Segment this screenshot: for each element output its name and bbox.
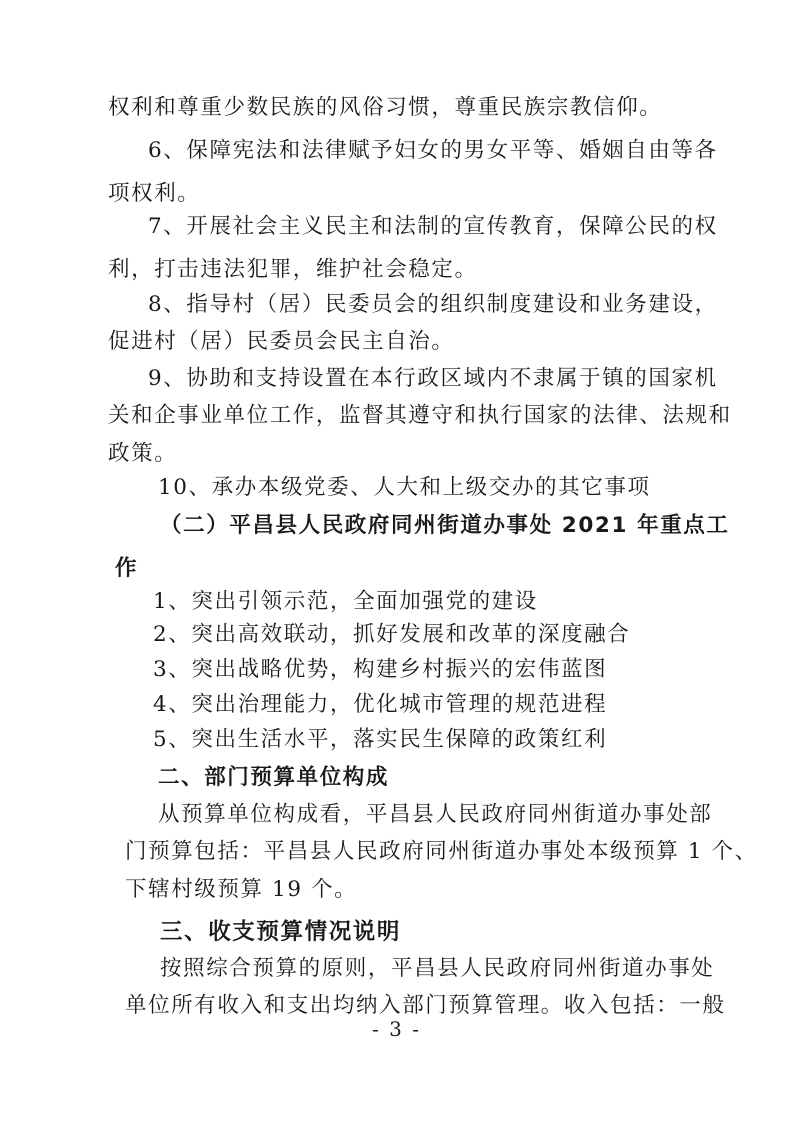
list-item-9: 9、协助和支持设置在本行政区域内不隶属于镇的国家机 bbox=[148, 365, 718, 393]
priority-item-2: 2、突出高效联动，抓好发展和改革的深度融合 bbox=[153, 621, 630, 649]
paragraph-line: 政策。 bbox=[108, 440, 177, 468]
paragraph-line: 关和企事业单位工作，监督其遵守和执行国家的法律、法规和 bbox=[108, 402, 732, 430]
list-item-8: 8、指导村（居）民委员会的组织制度建设和业务建设， bbox=[148, 291, 718, 319]
list-item-6: 6、保障宪法和法律赋予妇女的男女平等、婚姻自由等各 bbox=[148, 137, 718, 165]
priority-item-3: 3、突出战略优势，构建乡村振兴的宏伟蓝图 bbox=[153, 656, 607, 684]
paragraph-line: 单位所有收入和支出均纳入部门预算管理。收入包括：一般 bbox=[125, 992, 726, 1020]
paragraph-line: 按照综合预算的原则，平昌县人民政府同州街道办事处 bbox=[160, 955, 714, 983]
section-heading-continuation: 作 bbox=[115, 555, 138, 583]
paragraph-line: 项权利。 bbox=[108, 180, 200, 208]
page-number: - 3 - bbox=[0, 1017, 793, 1041]
paragraph-line: 门预算包括：平昌县人民政府同州街道办事处本级预算 1 个、 bbox=[125, 838, 758, 866]
priority-item-1: 1、突出引领示范，全面加强党的建设 bbox=[153, 588, 538, 616]
list-item-10: 10、承办本级党委、人大和上级交办的其它事项 bbox=[158, 474, 651, 502]
paragraph-line: 下辖村级预算 19 个。 bbox=[125, 876, 357, 904]
list-item-7: 7、开展社会主义民主和法制的宣传教育，保障公民的权 bbox=[148, 213, 718, 241]
section-heading-budget-units: 二、部门预算单位构成 bbox=[158, 764, 389, 792]
priority-item-5: 5、突出生活水平，落实民生保障的政策红利 bbox=[153, 726, 607, 754]
section-heading-revenue-expenditure: 三、收支预算情况说明 bbox=[160, 918, 401, 946]
priority-item-4: 4、突出治理能力，优化城市管理的规范进程 bbox=[153, 691, 607, 719]
paragraph-line: 权利和尊重少数民族的风俗习惯，尊重民族宗教信仰。 bbox=[108, 94, 662, 122]
paragraph-line: 从预算单位构成看，平昌县人民政府同州街道办事处部 bbox=[158, 801, 712, 829]
paragraph-line: 利，打击违法犯罪，维护社会稳定。 bbox=[108, 256, 478, 284]
paragraph-line: 促进村（居）民委员会民主自治。 bbox=[108, 328, 455, 356]
section-heading-2021-priorities: （二）平昌县人民政府同州街道办事处 2021 年重点工 bbox=[160, 512, 730, 540]
